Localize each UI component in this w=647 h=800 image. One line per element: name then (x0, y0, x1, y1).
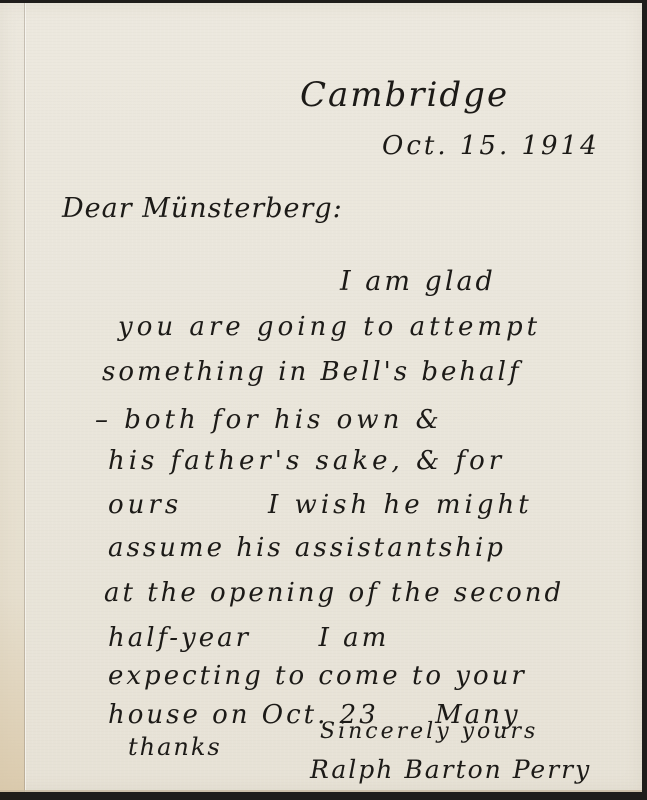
letter-line: – both for his own & (95, 405, 443, 435)
letter-place: Cambridge (300, 75, 509, 115)
letter-line: his father's sake, & for (108, 446, 505, 476)
letter-page: Cambridge Oct. 15. 1914 Dear Münsterberg… (0, 3, 642, 792)
letter-line: at the opening of the second (104, 578, 564, 608)
letter-line: ours I wish he might (108, 490, 533, 520)
letter-line: you are going to attempt (118, 312, 541, 342)
fold-line (24, 3, 25, 792)
letter-line: assume his assistantship (108, 533, 506, 563)
letter-date: Oct. 15. 1914 (382, 131, 600, 161)
letter-signature: Ralph Barton Perry (310, 755, 591, 784)
letter-line: I am glad (340, 266, 496, 297)
paper-bottom-edge (0, 790, 642, 792)
paper-edge-stain (0, 3, 25, 792)
letter-closing: Sincerely yours (320, 719, 538, 744)
letter-line: expecting to come to your (108, 661, 527, 691)
letter-line: half-year I am (108, 623, 389, 653)
letter-salutation: Dear Münsterberg: (62, 193, 343, 224)
letter-line: something in Bell's behalf (102, 357, 522, 387)
letter-line: thanks (128, 733, 222, 761)
